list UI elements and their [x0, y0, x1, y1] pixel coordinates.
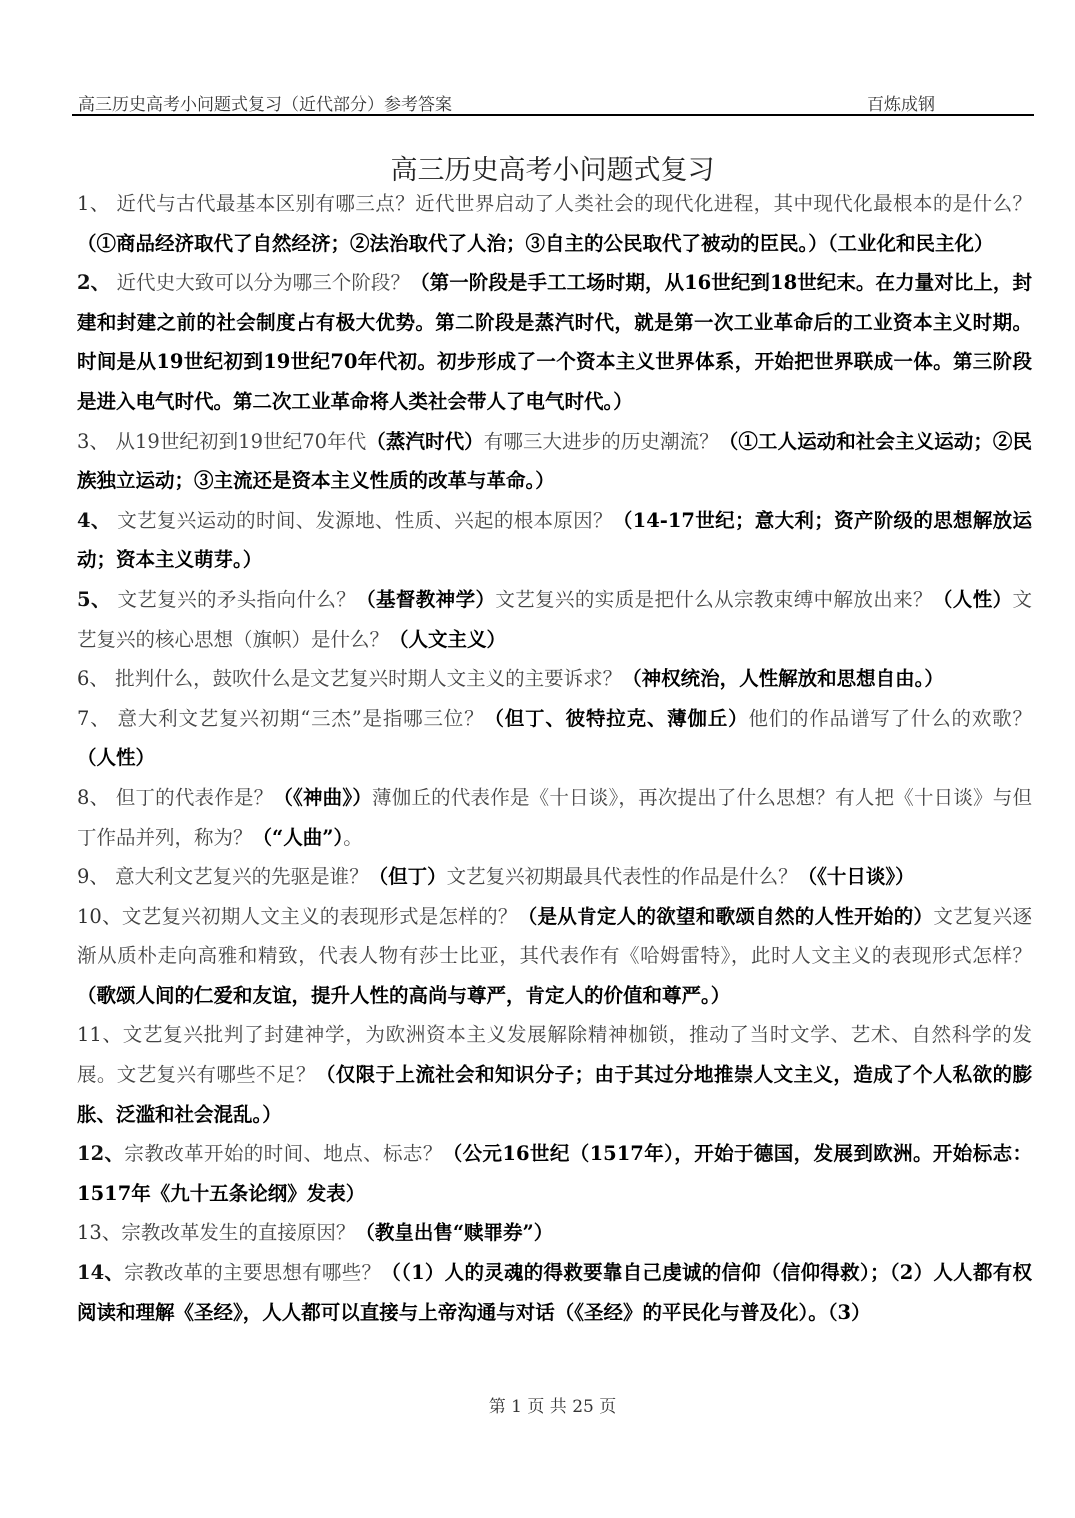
question-text: 从19世纪初到19世纪70年代	[109, 430, 366, 453]
question-item: 4、 文艺复兴运动的时间、发源地、性质、兴起的根本原因？（14-17世纪；意大利…	[77, 501, 1032, 580]
question-item: 1、 近代与古代最基本区别有哪三点？近代世界启动了人类社会的现代化进程，其中现代…	[77, 184, 1032, 263]
question-item: 11、文艺复兴批判了封建神学，为欧洲资本主义发展解除精神枷锁，推动了当时文学、艺…	[77, 1015, 1032, 1134]
question-item: 3、 从19世纪初到19世纪70年代（蒸汽时代）有哪三大进步的历史潮流？（①工人…	[77, 422, 1032, 501]
question-number: 9、	[77, 865, 109, 888]
answer-text: （但丁）	[369, 865, 447, 888]
question-text: 宗教改革发生的直接原因？	[121, 1221, 355, 1244]
question-text: 宗教改革的主要思想有哪些？	[124, 1261, 381, 1284]
answer-text: （①商品经济取代了自然经济；②法治取代了人治；③自主的公民取代了被动的臣民。）（…	[77, 232, 994, 255]
answer-text: （“人曲”）	[253, 826, 344, 849]
answer-text: （基督教神学）	[356, 588, 495, 611]
answer-text: （是从肯定人的欲望和歌颂自然的人性开始的）	[518, 905, 934, 928]
question-item: 14、宗教改革的主要思想有哪些？（（1）人的灵魂的得救要靠自己虔诚的信仰（信仰得…	[77, 1253, 1032, 1332]
answer-text: （歌颂人间的仁爱和友谊，提升人性的高尚与尊严，肯定人的价值和尊严。）	[77, 984, 730, 1007]
question-number: 3、	[77, 430, 109, 453]
question-text: 近代史大致可以分为哪三个阶段？	[110, 271, 410, 294]
question-item: 7、 意大利文艺复兴初期“三杰”是指哪三位？（但丁、彼特拉克、薄伽丘）他们的作品…	[77, 699, 1032, 778]
page-footer: 第 1 页 共 25 页	[0, 1392, 1075, 1417]
answer-text: （神权统治，人性解放和思想自由。）	[622, 667, 944, 690]
question-text: 文艺复兴的实质是把什么从宗教束缚中解放出来？	[495, 588, 933, 611]
answer-text: （教皇出售“赎罪券”）	[355, 1221, 553, 1244]
question-text: 文艺复兴运动的时间、发源地、性质、兴起的根本原因？	[111, 509, 613, 532]
question-number: 5、	[77, 588, 111, 611]
question-item: 8、 但丁的代表作是？（《神曲》）薄伽丘的代表作是《十日谈》，再次提出了什么思想…	[77, 778, 1032, 857]
question-number: 7、	[77, 707, 111, 730]
answer-text: （人性）	[77, 746, 155, 769]
question-item: 5、 文艺复兴的矛头指向什么？（基督教神学）文艺复兴的实质是把什么从宗教束缚中解…	[77, 580, 1032, 659]
header-motto: 百炼成钢	[867, 90, 935, 115]
question-item: 6、 批判什么，鼓吹什么是文艺复兴时期人文主义的主要诉求？（神权统治，人性解放和…	[77, 659, 1032, 699]
question-number: 13、	[77, 1221, 121, 1244]
question-item: 9、 意大利文艺复兴的先驱是谁？（但丁）文艺复兴初期最具代表性的作品是什么？（《…	[77, 857, 1032, 897]
question-text: 批判什么，鼓吹什么是文艺复兴时期人文主义的主要诉求？	[109, 667, 622, 690]
question-item: 2、 近代史大致可以分为哪三个阶段？（第一阶段是手工工场时期，从16世纪到18世…	[77, 263, 1032, 421]
answer-text: （人文主义）	[389, 628, 506, 651]
question-number: 8、	[77, 786, 109, 809]
answer-text: （蒸汽时代）	[366, 430, 484, 453]
question-text: 。	[343, 826, 363, 849]
question-number: 6、	[77, 667, 109, 690]
question-number: 12、	[77, 1142, 124, 1165]
question-item: 12、宗教改革开始的时间、地点、标志？（公元16世纪（1517年），开始于德国，…	[77, 1134, 1032, 1213]
question-list: 1、 近代与古代最基本区别有哪三点？近代世界启动了人类社会的现代化进程，其中现代…	[77, 184, 1032, 1332]
question-text: 文艺复兴的矛头指向什么？	[111, 588, 356, 611]
question-number: 14、	[77, 1261, 124, 1284]
question-text: 有哪三大进步的历史潮流？	[484, 430, 719, 453]
question-text: 意大利文艺复兴初期“三杰”是指哪三位？	[111, 707, 485, 730]
question-item: 10、文艺复兴初期人文主义的表现形式是怎样的？（是从肯定人的欲望和歌颂自然的人性…	[77, 897, 1032, 1016]
question-text: 意大利文艺复兴的先驱是谁？	[109, 865, 369, 888]
page-number: 第 1 页 共 25 页	[489, 1397, 616, 1417]
page-header: 高三历史高考小问题式复习（近代部分）参考答案 百炼成钢	[72, 90, 1034, 116]
question-number: 1、	[77, 192, 110, 215]
answer-text: （人性）	[933, 588, 1013, 611]
question-number: 11、	[77, 1023, 123, 1046]
answer-text: （《十日谈》）	[798, 865, 915, 888]
answer-text: （但丁、彼特拉克、薄伽丘）	[484, 707, 748, 730]
header-doc-title: 高三历史高考小问题式复习（近代部分）参考答案	[78, 90, 452, 115]
question-text: 他们的作品谱写了什么的欢歌？	[748, 707, 1032, 730]
question-number: 4、	[77, 509, 111, 532]
question-text: 近代与古代最基本区别有哪三点？近代世界启动了人类社会的现代化进程，其中现代化最根…	[110, 192, 1032, 215]
document-title: 高三历史高考小问题式复习	[0, 148, 1075, 187]
question-number: 10、	[77, 905, 122, 928]
question-text: 文艺复兴初期最具代表性的作品是什么？	[447, 865, 798, 888]
question-text: 文艺复兴初期人文主义的表现形式是怎样的？	[122, 905, 518, 928]
question-text: 宗教改革开始的时间、地点、标志？	[124, 1142, 442, 1165]
answer-text: （《神曲》）	[273, 786, 372, 809]
question-text: 但丁的代表作是？	[109, 786, 273, 809]
question-number: 2、	[77, 271, 110, 294]
question-item: 13、宗教改革发生的直接原因？（教皇出售“赎罪券”）	[77, 1213, 1032, 1253]
